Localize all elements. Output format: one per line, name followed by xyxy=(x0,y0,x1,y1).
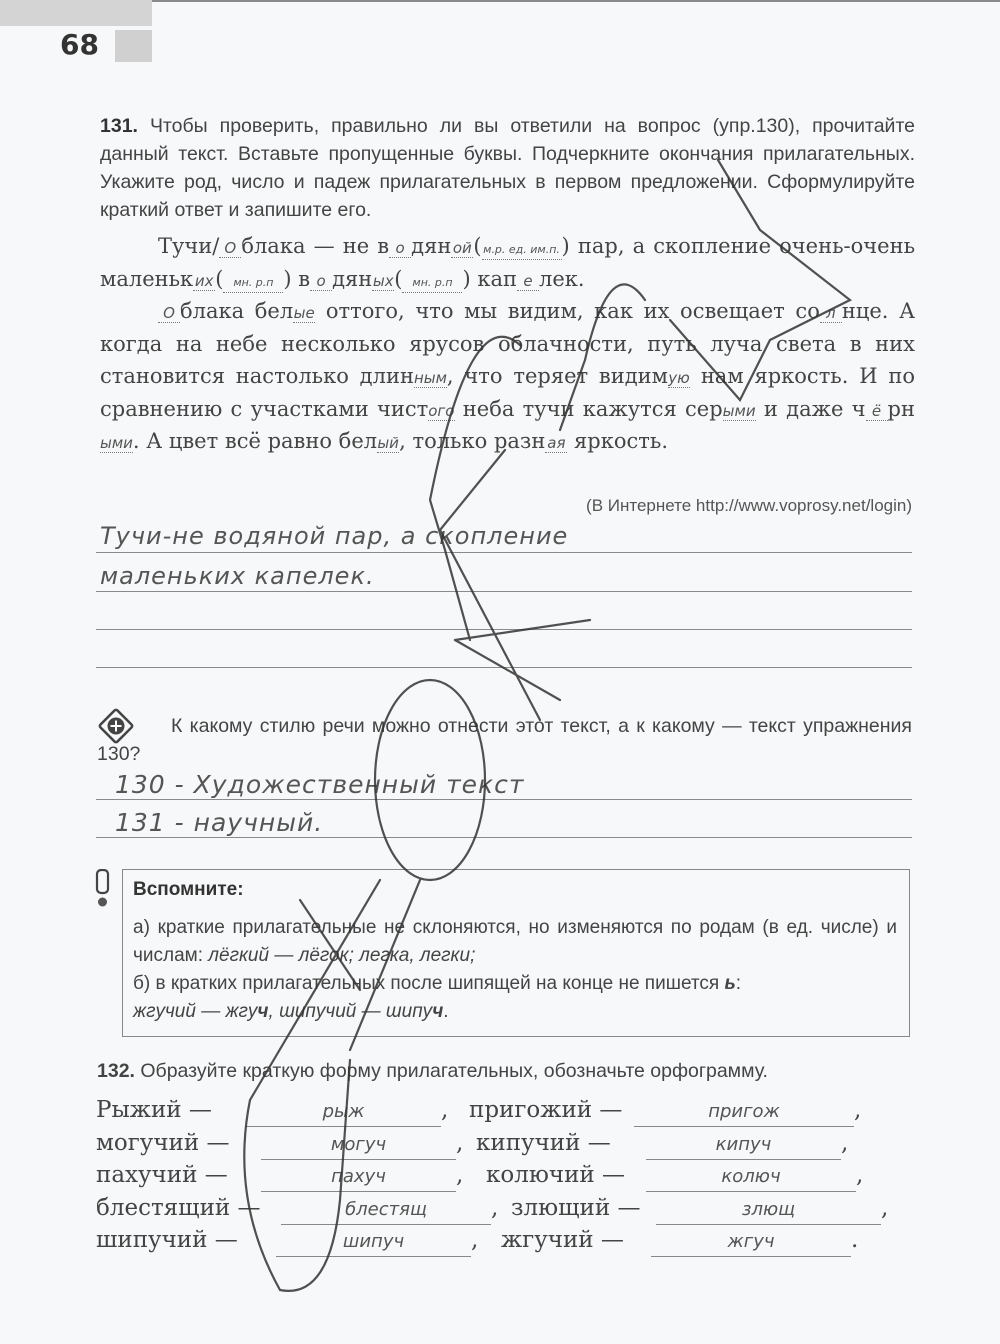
filled-ending[interactable]: ый xyxy=(377,434,399,453)
filled-ending[interactable]: ых xyxy=(372,272,394,291)
answer-field[interactable]: блестящ xyxy=(281,1198,491,1225)
filled-letter[interactable]: о xyxy=(310,272,332,291)
answer-field[interactable]: шипуч xyxy=(276,1230,471,1257)
remember-box: Вспомните: а) краткие прилагательные не … xyxy=(122,869,910,1037)
filled-ending[interactable]: ую xyxy=(668,369,690,388)
exercise-132-grid: Рыжий — рыж , пригожий — пригож , могучи… xyxy=(96,1094,896,1257)
exercise-row: шипучий — шипуч , жгучий — жгуч . xyxy=(96,1224,896,1257)
adjective: пахучий — xyxy=(96,1159,261,1192)
punct: , xyxy=(441,1094,469,1127)
answer-line xyxy=(96,591,912,592)
adjective: могучий — xyxy=(96,1127,261,1160)
answer-field[interactable]: могуч xyxy=(261,1133,456,1160)
punct: , xyxy=(456,1159,486,1192)
text-fragment: , что теряет видим xyxy=(447,364,668,388)
filled-letter[interactable]: О xyxy=(158,304,180,323)
soft-sign: ь xyxy=(724,973,735,994)
example: шипучий — шипу xyxy=(279,1001,432,1022)
answer-field[interactable]: пахуч xyxy=(261,1165,456,1192)
text-fragment: ) в xyxy=(283,267,310,291)
grammar-note[interactable]: мн. р.п xyxy=(402,274,462,293)
exercise-row: могучий — могуч , кипучий — кипуч , xyxy=(96,1127,896,1160)
filled-ending[interactable]: ным xyxy=(414,369,447,388)
text-fragment: лек. xyxy=(539,267,585,291)
question-text: К какому стилю речи можно отнести этот т… xyxy=(97,712,912,768)
answer-field[interactable]: злющ xyxy=(656,1198,881,1225)
adjective: кипучий — xyxy=(476,1127,646,1160)
filled-letter[interactable]: л xyxy=(820,304,842,323)
text-fragment: неба тучи кажутся сер xyxy=(463,397,723,421)
rule-a-example: лёгкий — лёгок; легка, легки; xyxy=(208,945,475,966)
exercise-132-text: Образуйте краткую форму прилагательных, … xyxy=(140,1060,768,1082)
handwritten-answer[interactable]: Тучи-не водяной пар, а скопление xyxy=(100,522,568,550)
adjective: шипучий — xyxy=(96,1224,276,1257)
punct: , xyxy=(841,1127,848,1160)
answer-line xyxy=(96,799,912,800)
text-fragment: блака — не в xyxy=(241,234,389,258)
rule-a: а) краткие прилагательные не склоняются,… xyxy=(133,914,897,970)
answer-line[interactable] xyxy=(96,667,912,668)
punct: , xyxy=(881,1192,888,1225)
rule-b-text: б) в кратких прилагательных после шипяще… xyxy=(133,973,724,994)
filled-letter[interactable]: ё xyxy=(866,402,888,421)
example-bold: ч xyxy=(257,1001,268,1022)
rule-b: б) в кратких прилагательных после шипяще… xyxy=(133,970,897,1026)
adjective: блестящий — xyxy=(96,1192,281,1225)
filled-ending[interactable]: ая xyxy=(545,434,567,453)
exercise-row: блестящий — блестящ , злющий — злющ , xyxy=(96,1192,896,1225)
text-fragment: , только разн xyxy=(399,429,545,453)
filled-letter[interactable]: е xyxy=(517,272,539,291)
filled-ending[interactable]: ыми xyxy=(100,434,133,453)
adjective: пригожий — xyxy=(469,1094,634,1127)
source-citation: (В Интернете http://www.voprosy.net/logi… xyxy=(586,496,912,516)
answer-field[interactable]: рыж xyxy=(246,1100,441,1127)
text-fragment: блака бел xyxy=(180,299,293,323)
punct: , xyxy=(456,1127,476,1160)
text-fragment: . А цвет всё равно бел xyxy=(133,429,377,453)
answer-field[interactable]: колюч xyxy=(646,1165,856,1192)
adjective: злющий — xyxy=(511,1192,656,1225)
punct: , xyxy=(491,1192,511,1225)
separator: , xyxy=(269,1001,280,1022)
remember-title: Вспомните: xyxy=(133,876,897,904)
text-fragment: оттого, что мы видим, как их освещает со xyxy=(326,299,820,323)
exercise-132-instruction: 132. Образуйте краткую форму прилагатель… xyxy=(97,1060,768,1083)
answer-line[interactable] xyxy=(96,629,912,630)
page-tab-marker xyxy=(115,30,152,62)
answer-field[interactable]: пригож xyxy=(634,1100,854,1127)
exercise-131-text: Чтобы проверить, правильно ли вы ответил… xyxy=(100,115,915,221)
handwritten-answer[interactable]: 130 - Художественный текст xyxy=(115,770,524,799)
exercise-131-instruction: 131. Чтобы проверить, правильно ли вы от… xyxy=(100,112,915,224)
grammar-note[interactable]: мн. р.п xyxy=(223,274,283,293)
punct: , xyxy=(854,1094,861,1127)
text-fragment: яркость. xyxy=(574,429,668,453)
grammar-note[interactable]: м.р. ед. им.п. xyxy=(482,241,562,260)
exercise-row: пахучий — пахуч , колючий — колюч , xyxy=(96,1159,896,1192)
exercise-131-text-block: Тучи/Облака — не водяной(м.р. ед. им.п.)… xyxy=(100,230,915,458)
example-bold: ч xyxy=(432,1001,443,1022)
answer-field[interactable]: кипуч xyxy=(646,1133,841,1160)
answer-line xyxy=(96,552,912,553)
adjective: Рыжий — xyxy=(96,1094,246,1127)
filled-ending[interactable]: ого xyxy=(428,402,454,421)
text-fragment: рн xyxy=(888,397,915,421)
handwritten-answer[interactable]: маленьких капелек. xyxy=(100,562,375,590)
exercise-131-number: 131. xyxy=(100,115,138,137)
period: . xyxy=(443,1001,448,1022)
text-fragment: ) кап xyxy=(462,267,517,291)
punct: . xyxy=(851,1224,858,1257)
text-fragment: дян xyxy=(411,234,451,258)
adjective: колючий — xyxy=(486,1159,646,1192)
filled-ending[interactable]: ыми xyxy=(723,402,756,421)
exclamation-icon xyxy=(95,869,111,909)
text-fragment: дян xyxy=(332,267,372,291)
filled-ending[interactable]: их xyxy=(193,272,215,291)
filled-ending[interactable]: ые xyxy=(293,304,315,323)
exercise-row: Рыжий — рыж , пригожий — пригож , xyxy=(96,1094,896,1127)
punct: , xyxy=(856,1159,863,1192)
answer-field[interactable]: жгуч xyxy=(651,1230,851,1257)
text-fragment: Тучи/ xyxy=(158,234,219,258)
adjective: жгучий — xyxy=(501,1224,651,1257)
example: жгучий — жгу xyxy=(133,1001,257,1022)
punct: , xyxy=(471,1224,501,1257)
filled-ending[interactable]: ой xyxy=(451,239,473,258)
filled-letter[interactable]: О xyxy=(219,239,241,258)
answer-line xyxy=(96,837,912,838)
colon: : xyxy=(736,973,741,994)
header-bar xyxy=(0,0,152,26)
exercise-132-number: 132. xyxy=(97,1060,135,1082)
handwritten-answer[interactable]: 131 - научный. xyxy=(115,808,323,837)
page-number: 68 xyxy=(60,28,99,61)
filled-letter[interactable]: о xyxy=(389,239,411,258)
text-fragment: и даже ч xyxy=(764,397,866,421)
